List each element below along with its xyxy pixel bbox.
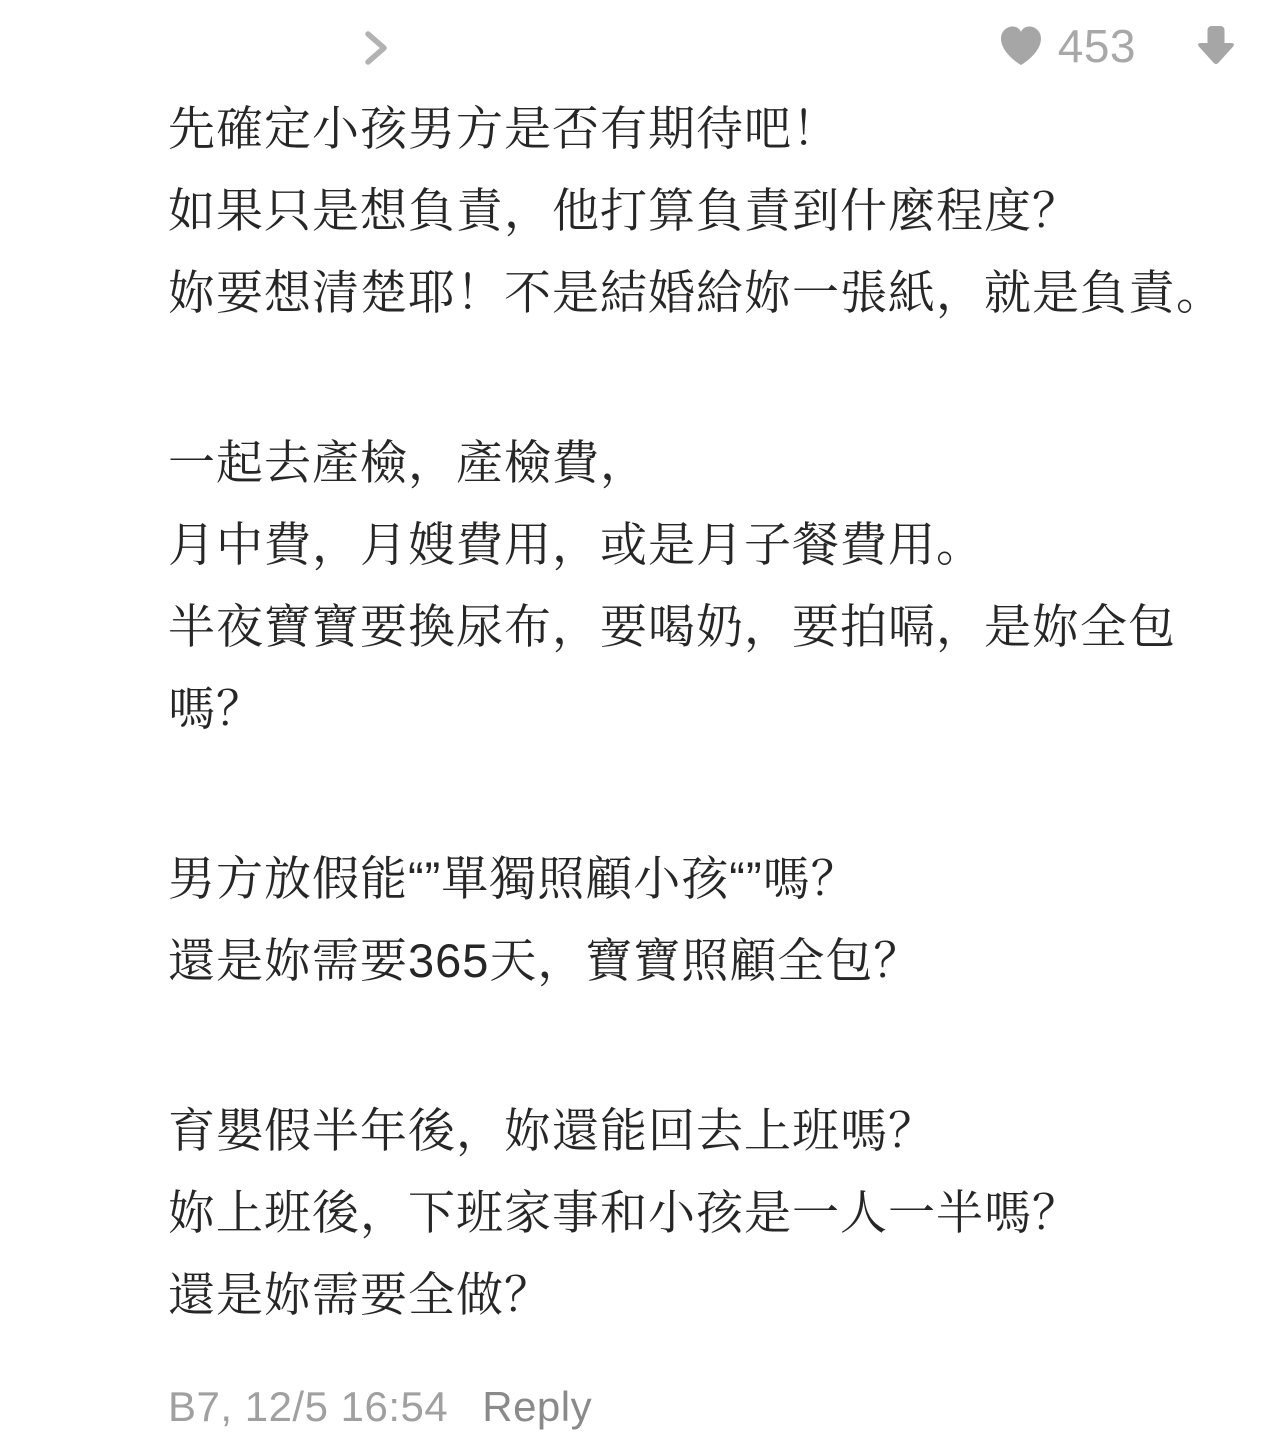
comment-paragraph: 育嬰假半年後，妳還能回去上班嗎？妳上班後，下班家事和小孩是一人一半嗎？還是妳需要… <box>168 1090 1220 1336</box>
comment-text-line: 男方放假能“”單獨照顧小孩“”嗎？ <box>168 838 1220 920</box>
collapse-thread-button[interactable] <box>352 24 400 72</box>
comment-text-line: 半夜寶寶要換尿布，要喝奶，要拍嗝，是妳全包 <box>168 586 1220 668</box>
comment-container: 453 先確定小孩男方是否有期待吧！如果只是想負責，他打算負責到什麼程度？妳要想… <box>0 0 1284 1432</box>
vote-area: 453 <box>997 22 1236 70</box>
like-count: 453 <box>1058 22 1136 70</box>
down-arrow-icon <box>1196 23 1236 69</box>
heart-icon <box>997 23 1045 69</box>
comment-body: 先確定小孩男方是否有期待吧！如果只是想負責，他打算負責到什麼程度？妳要想清楚耶！… <box>0 88 1284 1336</box>
comment-paragraph: 男方放假能“”單獨照顧小孩“”嗎？還是妳需要365天，寶寶照顧全包？ <box>168 838 1220 1002</box>
comment-text-line: 月中費，月嫂費用，或是月子餐費用。 <box>168 504 1220 586</box>
comment-header: 453 <box>0 0 1284 88</box>
comment-text-line: 育嬰假半年後，妳還能回去上班嗎？ <box>168 1090 1220 1172</box>
comment-text-line: 先確定小孩男方是否有期待吧！ <box>168 88 1220 170</box>
like-button[interactable] <box>997 23 1045 69</box>
comment-paragraph: 先確定小孩男方是否有期待吧！如果只是想負責，他打算負責到什麼程度？妳要想清楚耶！… <box>168 88 1220 334</box>
comment-paragraph: 一起去產檢，產檢費，月中費，月嫂費用，或是月子餐費用。半夜寶寶要換尿布，要喝奶，… <box>168 422 1220 750</box>
downvote-button[interactable] <box>1196 23 1236 69</box>
comment-footer: B7, 12/5 16:54 Reply <box>0 1382 1284 1432</box>
comment-meta: B7, 12/5 16:54 <box>168 1382 448 1432</box>
comment-text-line: 妳上班後，下班家事和小孩是一人一半嗎？ <box>168 1172 1220 1254</box>
chevron-right-icon <box>361 29 391 67</box>
comment-text-line: 還是妳需要365天，寶寶照顧全包？ <box>168 920 1220 1002</box>
comment-text-line: 妳要想清楚耶！不是結婚給妳一張紙，就是負責。 <box>168 252 1220 334</box>
comment-text-line: 如果只是想負責，他打算負責到什麼程度？ <box>168 170 1220 252</box>
comment-text-line: 一起去產檢，產檢費， <box>168 422 1220 504</box>
comment-text-line: 嗎？ <box>168 668 1220 750</box>
comment-text-line: 還是妳需要全做？ <box>168 1254 1220 1336</box>
reply-link[interactable]: Reply <box>482 1382 592 1432</box>
